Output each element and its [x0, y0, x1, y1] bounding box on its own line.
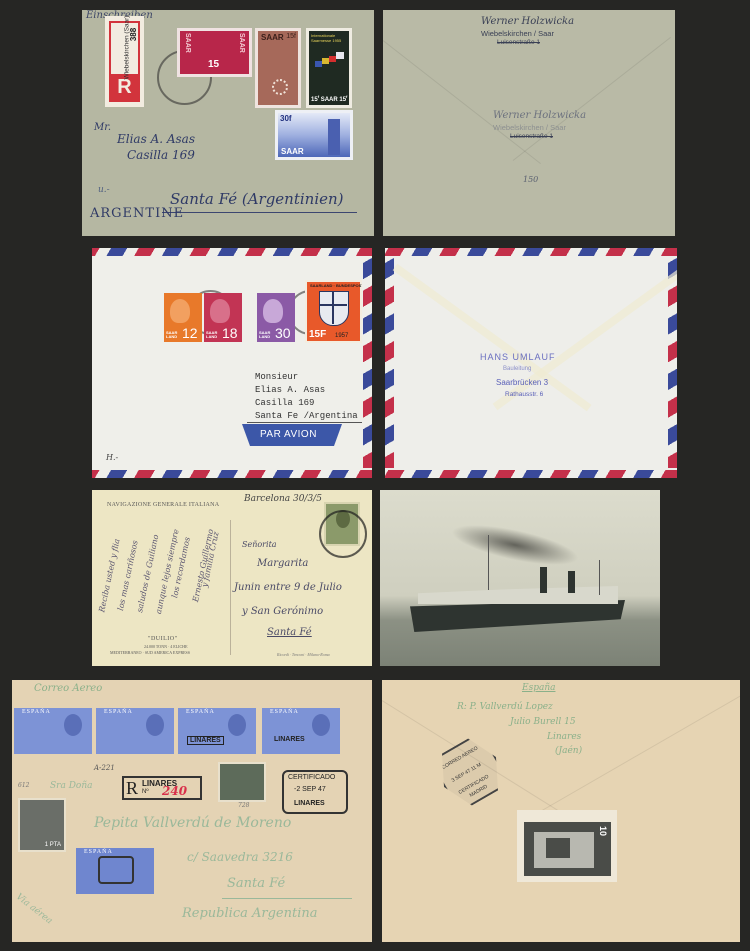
registration-office: Wiebelskirchen (Saar) — [123, 16, 130, 80]
stamp-spain-airmail-4: ESPAÑA — [262, 708, 340, 754]
sender-town: Linares — [547, 732, 581, 742]
postmark — [319, 510, 367, 558]
pencil-note: A-221 — [94, 764, 115, 772]
stamp-spain-airmail-1: ESPAÑA — [14, 708, 92, 754]
mast — [599, 560, 600, 595]
pencil-note: 728 — [238, 802, 249, 809]
underline — [162, 212, 357, 214]
stamp-saarland-15f-coat-of-arms-1957: SAARLAND · BUNDESPOST 15F 1957 — [305, 280, 362, 343]
airmail-border-bottom — [385, 470, 677, 478]
sender-street: Luisenstraße 1 — [497, 39, 540, 46]
stamp-spain-1pta-grey: 1 PTA — [18, 798, 66, 852]
printer-credit: Ricordi · Tenconi · Milano-Roma — [277, 652, 330, 657]
address-line-2: Pepita Vallverdú de Moreno — [94, 815, 291, 831]
airmail-border-left — [385, 258, 394, 468]
address-line-4: Santa Fé (Argentinien) — [170, 190, 344, 208]
stamp-saarland-18: SAARLAND 18 — [204, 293, 242, 342]
sender-country: España — [522, 683, 555, 693]
route: MEDITERRANEO · SUD AMERICA EXPRESS — [110, 650, 190, 655]
photo-subject: Steamship Duilio at sea — [380, 490, 391, 491]
sender-profession: Bauleitung — [503, 366, 531, 372]
address-line-2: Elias A. Asas — [117, 132, 195, 146]
charity-label-margin: 10 — [517, 810, 617, 882]
underline — [222, 898, 352, 899]
pencil-note: H.- — [106, 453, 118, 462]
pencil-note: u.- — [98, 185, 110, 195]
sender-street: Rathausstr. 6 — [505, 391, 543, 398]
mast — [488, 535, 489, 590]
address-line-1: Sra Doña — [50, 781, 93, 791]
airmail-border-right — [668, 258, 677, 468]
stamp-spain-airmail-3: ESPAÑA — [178, 708, 256, 754]
address-line-5: Republica Argentina — [182, 906, 317, 921]
stamp-spain-green — [218, 762, 266, 802]
certificado-cancel: CERTIFICADO -2 SEP 47 LINARES — [282, 770, 348, 814]
ship-superstructure — [418, 586, 618, 604]
sender-name: R: P. Vallverdú Lopez — [457, 702, 553, 712]
ship-hull — [410, 600, 625, 632]
airmail-border-right — [363, 258, 372, 468]
registration-number: 388 — [129, 28, 138, 41]
side-note: Via aérea — [14, 892, 54, 926]
stamp-saar-15f-rotary: SAAR 15f — [255, 28, 301, 108]
sender-street-repeat: Luisenstraße 1 — [510, 133, 553, 140]
divider — [230, 520, 231, 655]
address-line-4: y San Gerónimo — [242, 606, 323, 617]
stamp-saar-15-industry: SAAR SAAR 15 — [177, 28, 252, 77]
saar-registered-cover-back: Werner Holzwicka Wiebelskirchen / Saar L… — [383, 10, 675, 236]
sender-street: Julio Burell 15 — [510, 717, 576, 727]
address-line-2: Elias A. Asas — [255, 385, 325, 395]
linares-cancel: LINARES — [274, 736, 305, 743]
sender-name: HANS UMLAUF — [480, 352, 556, 362]
funnel — [568, 571, 575, 593]
airmail-border-bottom — [92, 470, 372, 478]
address-line-1: Señorita — [242, 540, 277, 549]
par-avion-label: PAR AVION — [242, 424, 342, 446]
stamp-spain-airmail-5: ESPAÑA — [76, 848, 154, 894]
sender-city: Saarbrücken 3 — [496, 378, 548, 387]
sender-name-repeat: Werner Holzwicka — [493, 110, 586, 121]
postcard-header: NAVIGAZIONE GENERALE ITALIANA — [107, 502, 219, 508]
registration-label: R Wiebelskirchen (Saar) 388 — [105, 16, 144, 107]
address-line-3: Casilla 169 — [255, 398, 314, 408]
address-line-4: Santa Fé — [227, 876, 285, 891]
italian-postcard-front: Steamship Duilio at sea — [380, 490, 660, 666]
airmail-annotation: Correo Aereo — [34, 683, 102, 694]
address-line-5: ARGENTINE — [90, 206, 184, 221]
charity-label: 10 — [524, 822, 611, 876]
stamp-saarland-30: SAARLAND 30 — [257, 293, 295, 342]
address-line-3: Junin entre 9 de Julio — [234, 582, 342, 593]
stamp-saar-15f-saarmesse-1955: Internationale Saarmesse 1955 15f SAAR 1… — [306, 28, 352, 108]
sender-town-repeat: Wiebelskirchen / Saar — [493, 123, 566, 132]
pencil-note: 612 — [18, 782, 29, 789]
pencil-note: 150 — [523, 175, 538, 184]
underline — [247, 422, 362, 423]
handwritten-message: Reciba usted y flia los mas cariñosos sa… — [102, 525, 214, 635]
italian-postcard-back: NAVIGAZIONE GENERALE ITALIANA Barcelona … — [92, 490, 372, 666]
airmail-border-top — [385, 248, 677, 256]
address-line-2: Margarita — [257, 558, 308, 569]
spain-registered-airmail-cover-front: Correo Aereo ESPAÑA ESPAÑA ESPAÑA ESPAÑA… — [12, 680, 372, 942]
stamp-saar-30f-building: 30f SAAR — [275, 110, 353, 160]
airmail-border-top — [92, 248, 372, 256]
spain-registered-airmail-cover-back: España R: P. Vallverdú Lopez Julio Burel… — [382, 680, 740, 942]
address-line-5: Santa Fé — [267, 627, 312, 638]
smoke — [448, 517, 581, 573]
saar-registered-cover-front: Einschreiben R Wiebelskirchen (Saar) 388… — [82, 10, 374, 236]
registration-box: R LINARES Nº 240 — [122, 776, 202, 800]
address-line-3: Casilla 169 — [127, 148, 195, 162]
saarland-airmail-cover-front: SAARLAND 12 SAARLAND 18 SAARLAND 30 SAAR… — [92, 248, 372, 478]
sender-town: Wiebelskirchen / Saar — [481, 29, 554, 38]
stamp-spain-airmail-2: ESPAÑA — [96, 708, 174, 754]
address-line-3: c/ Saavedra 3216 — [187, 850, 293, 864]
dateline: Barcelona 30/3/5 — [244, 494, 322, 504]
funnel — [540, 567, 547, 593]
sender-province: (Jaén) — [555, 746, 582, 756]
saarland-airmail-cover-back: HANS UMLAUF Bauleitung Saarbrücken 3 Rat… — [385, 248, 677, 478]
address-line-1: Monsieur — [255, 372, 298, 382]
ship-name: "DUILIO" — [148, 636, 178, 642]
stamp-saarland-12: SAARLAND 12 — [164, 293, 202, 342]
linares-cancel: LINARES — [187, 736, 224, 745]
ship-specs: 24.000 TONN · 4 ELICHE — [144, 644, 188, 649]
address-line-4: Santa Fe /Argentina — [255, 411, 358, 421]
address-line-1: Mr. — [94, 122, 111, 133]
sender-name: Werner Holzwicka — [481, 16, 574, 27]
